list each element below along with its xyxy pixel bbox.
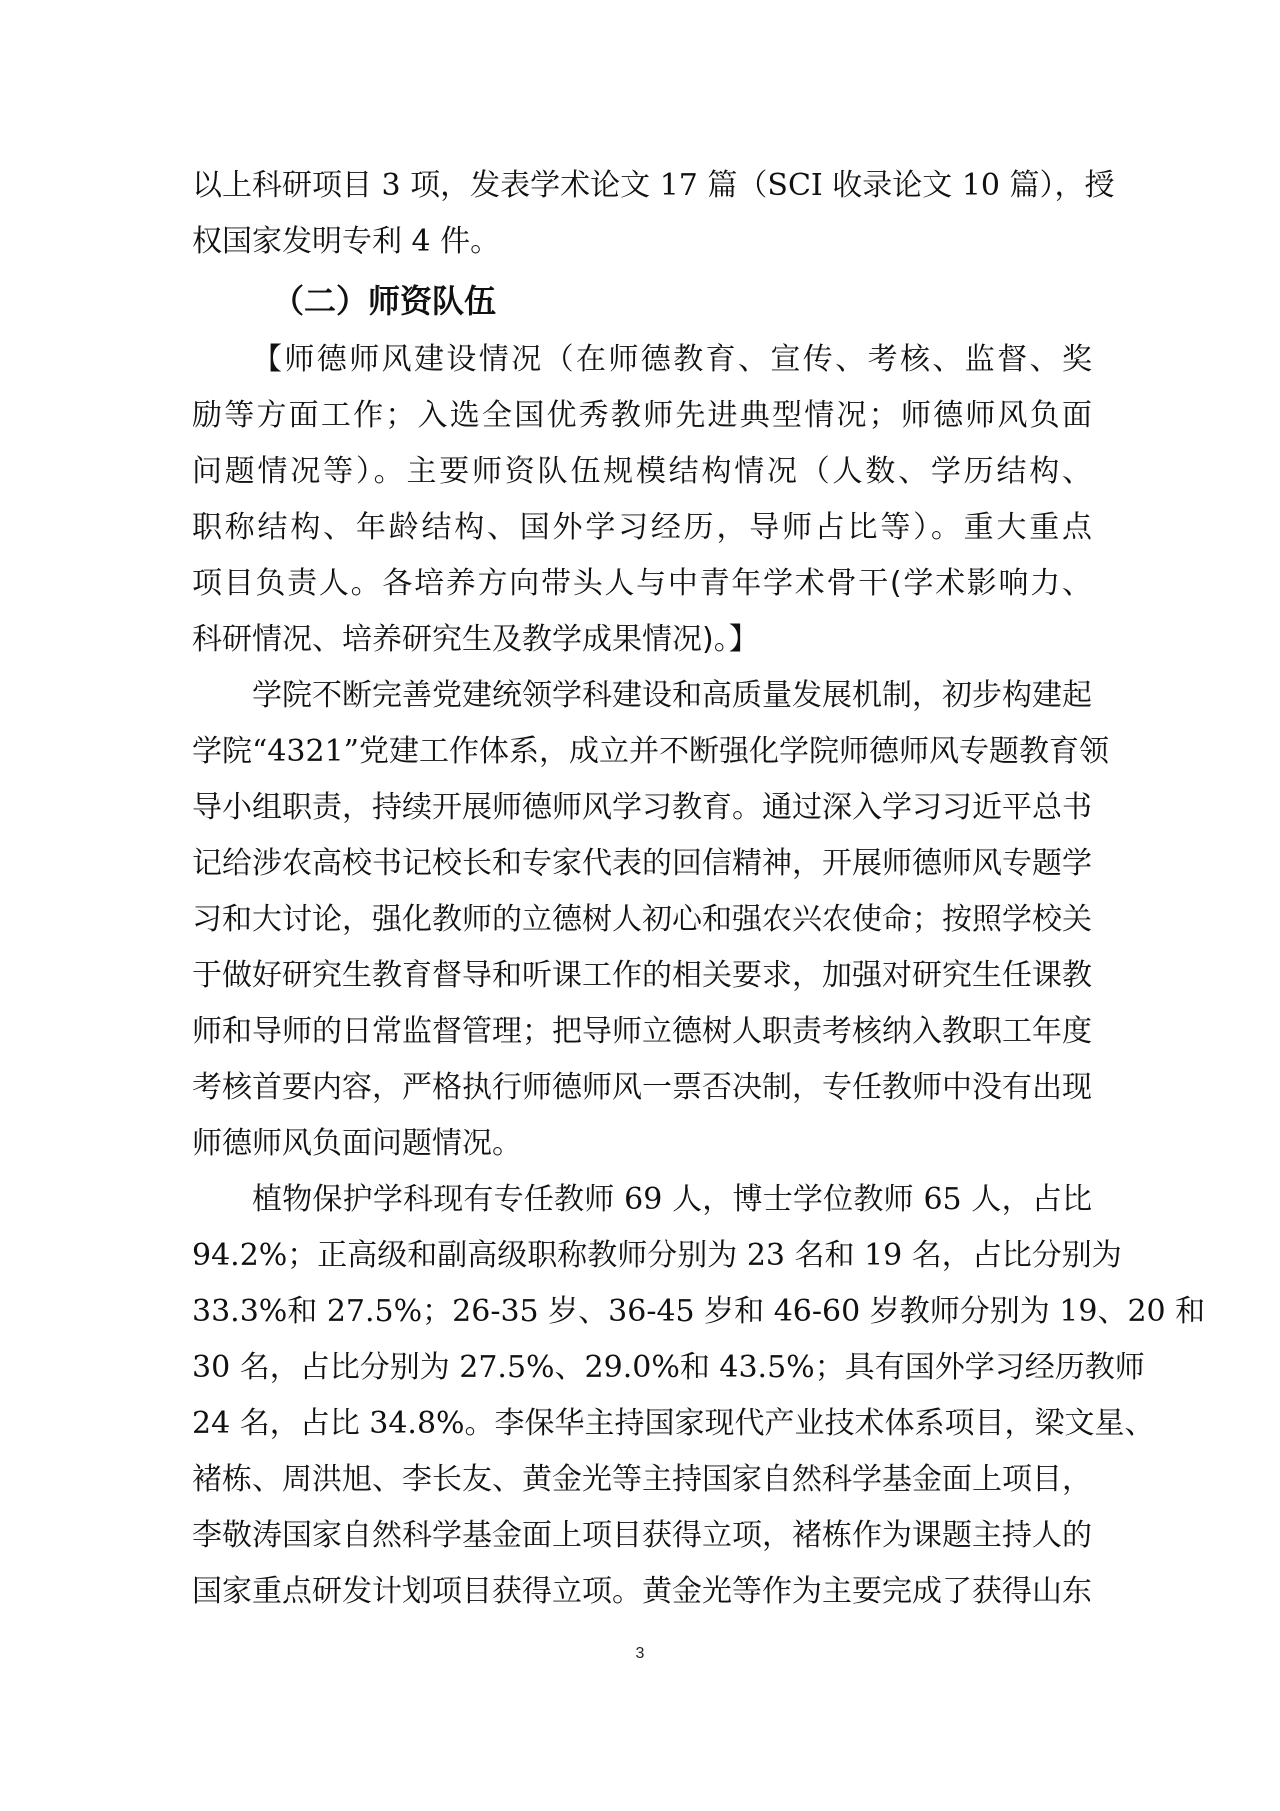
text-line: 30 名，占比分别为 27.5%、29.0%和 43.5%；具有国外学习经历教师 [192, 1340, 1092, 1396]
text-line: 褚栋、周洪旭、李长友、黄金光等主持国家自然科学基金面上项目， [192, 1452, 1092, 1508]
paragraph-faculty: 植物保护学科现有专任教师 69 人，博士学位教师 65 人，占比 94.2%；正… [192, 1172, 1092, 1620]
document-page: 以上科研项目 3 项，发表学术论文 17 篇（SCI 收录论文 10 篇），授 … [192, 158, 1092, 1620]
text-line: 学院“4321”党建工作体系，成立并不断强化学院师德师风专题教育领 [192, 724, 1092, 780]
text-line: 记给涉农高校书记校长和专家代表的回信精神，开展师德师风专题学 [192, 836, 1092, 892]
text-line: 【师德师风建设情况（在师德教育、宣传、考核、监督、奖 [192, 332, 1092, 388]
text-line: 权国家发明专利 4 件。 [192, 214, 1092, 270]
text-line: 李敬涛国家自然科学基金面上项目获得立项，褚栋作为课题主持人的 [192, 1508, 1092, 1564]
text-line: 94.2%；正高级和副高级职称教师分别为 23 名和 19 名，占比分别为 [192, 1228, 1092, 1284]
text-line: 习和大讨论，强化教师的立德树人初心和强农兴农使命；按照学校关 [192, 892, 1092, 948]
section-heading: （二）师资队伍 [192, 270, 1092, 332]
text-line: 职称结构、年龄结构、国外学习经历，导师占比等）。重大重点 [192, 500, 1092, 556]
text-line: 植物保护学科现有专任教师 69 人，博士学位教师 65 人，占比 [192, 1172, 1092, 1228]
text-line: 导小组职责，持续开展师德师风学习教育。通过深入学习习近平总书 [192, 780, 1092, 836]
text-line: 以上科研项目 3 项，发表学术论文 17 篇（SCI 收录论文 10 篇），授 [192, 158, 1092, 214]
text-line: 考核首要内容，严格执行师德师风一票否决制，专任教师中没有出现 [192, 1060, 1092, 1116]
text-line: 师德师风负面问题情况。 [192, 1116, 1092, 1172]
text-line: 24 名，占比 34.8%。李保华主持国家现代产业技术体系项目，梁文星、 [192, 1396, 1092, 1452]
text-line: 国家重点研发计划项目获得立项。黄金光等作为主要完成了获得山东 [192, 1564, 1092, 1620]
text-line: 师和导师的日常监督管理；把导师立德树人职责考核纳入教职工年度 [192, 1004, 1092, 1060]
paragraph-ethics: 学院不断完善党建统领学科建设和高质量发展机制，初步构建起 学院“4321”党建工… [192, 668, 1092, 1172]
page-number: 3 [0, 1645, 1280, 1663]
text-line: 励等方面工作；入选全国优秀教师先进典型情况；师德师风负面 [192, 388, 1092, 444]
text-line: 项目负责人。各培养方向带头人与中青年学术骨干(学术影响力、 [192, 556, 1092, 612]
text-line: 科研情况、培养研究生及教学成果情况)。】 [192, 612, 1092, 668]
instruction-block: 【师德师风建设情况（在师德教育、宣传、考核、监督、奖 励等方面工作；入选全国优秀… [192, 332, 1092, 668]
text-line: 学院不断完善党建统领学科建设和高质量发展机制，初步构建起 [192, 668, 1092, 724]
text-line: 33.3%和 27.5%；26-35 岁、36-45 岁和 46-60 岁教师分… [192, 1284, 1092, 1340]
text-line: 于做好研究生教育督导和听课工作的相关要求，加强对研究生任课教 [192, 948, 1092, 1004]
text-line: 问题情况等）。主要师资队伍规模结构情况（人数、学历结构、 [192, 444, 1092, 500]
